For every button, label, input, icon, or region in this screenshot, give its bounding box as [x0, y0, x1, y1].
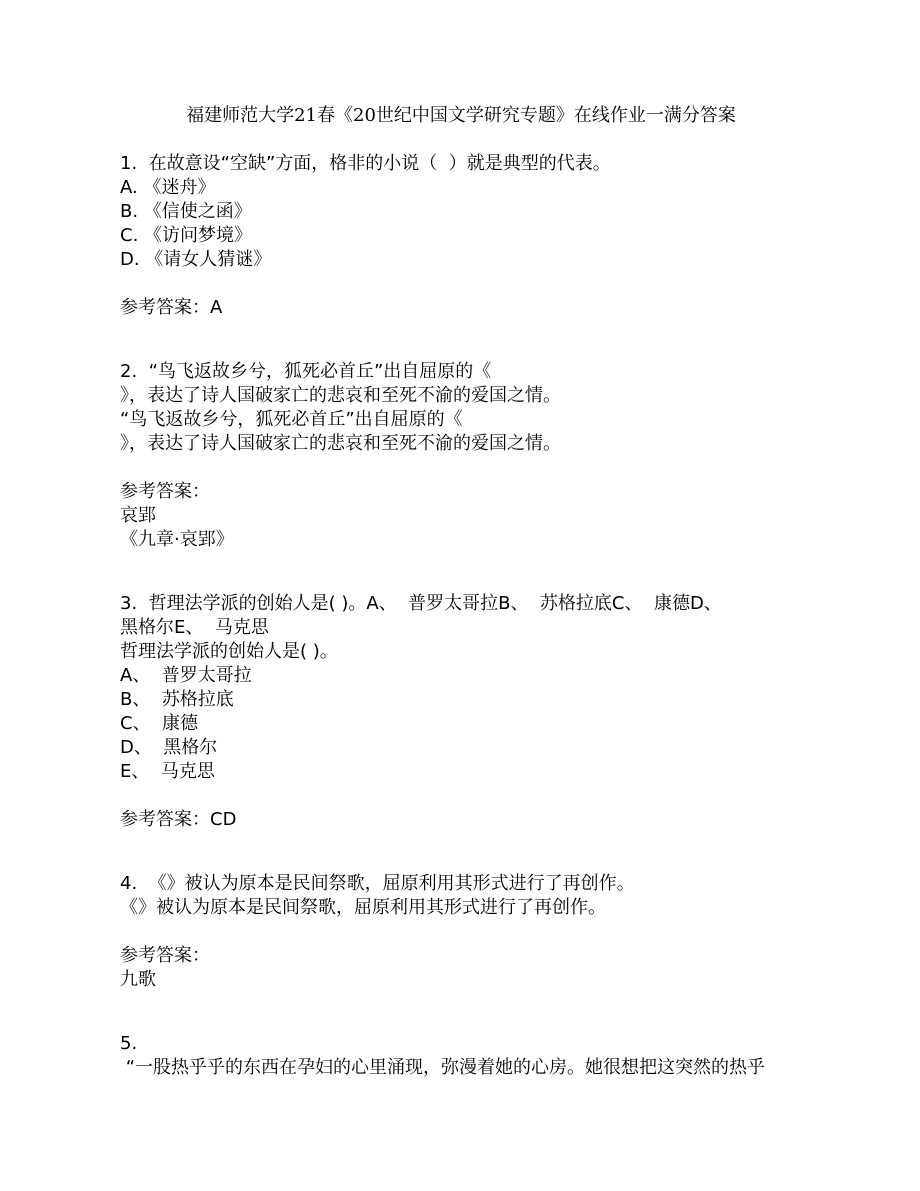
question-2-answer-label: 参考答案：: [120, 480, 802, 504]
question-1-option-a: A. 《迷舟》: [120, 176, 802, 200]
question-3-option-d: D、 黑格尔: [120, 736, 802, 760]
question-2-answer-value-1: 哀郢: [120, 504, 802, 528]
question-2: 2. “鸟飞返故乡兮，狐死必首丘”出自屈原的《 》，表达了诗人国破家亡的悲哀和至…: [120, 360, 802, 552]
question-4-text-line-2: 《》被认为原本是民间祭歌，屈原利用其形式进行了再创作。: [120, 896, 802, 920]
question-3-option-b: B、 苏格拉底: [120, 688, 802, 712]
question-1: 1. 在故意设“空缺”方面，格非的小说（ ）就是典型的代表。 A. 《迷舟》 B…: [120, 152, 802, 320]
question-3-answer-block: 参考答案：CD: [120, 808, 802, 832]
question-4-text-line-1: 4. 《》被认为原本是民间祭歌，屈原利用其形式进行了再创作。: [120, 872, 802, 896]
question-1-option-d: D. 《请女人猜谜》: [120, 248, 802, 272]
document-page: 福建师范大学21春《20世纪中国文学研究专题》在线作业一满分答案 1. 在故意设…: [0, 0, 920, 1191]
question-2-text-line-3: “鸟飞返故乡兮，狐死必首丘”出自屈原的《: [120, 408, 802, 432]
question-3-text-line-3: 哲理法学派的创始人是( )。: [120, 640, 802, 664]
question-1-text: 1. 在故意设“空缺”方面，格非的小说（ ）就是典型的代表。: [120, 152, 802, 176]
question-3-answer: 参考答案：CD: [120, 808, 802, 832]
question-5-number: 5.: [120, 1032, 802, 1056]
question-2-text-line-1: 2. “鸟飞返故乡兮，狐死必首丘”出自屈原的《: [120, 360, 802, 384]
question-3-option-c: C、 康德: [120, 712, 802, 736]
question-3: 3. 哲理法学派的创始人是( )。A、 普罗太哥拉B、 苏格拉底C、 康德D、 …: [120, 592, 802, 832]
question-2-answer-block: 参考答案： 哀郢 《九章·哀郢》: [120, 480, 802, 552]
question-2-text-line-2: 》，表达了诗人国破家亡的悲哀和至死不渝的爱国之情。: [120, 384, 802, 408]
question-4-answer-value: 九歌: [120, 968, 802, 992]
question-5: 5. “一股热乎乎的东西在孕妇的心里涌现，弥漫着她的心房。她很想把这突然的热乎: [120, 1032, 802, 1080]
question-3-text-line-1: 3. 哲理法学派的创始人是( )。A、 普罗太哥拉B、 苏格拉底C、 康德D、: [120, 592, 802, 616]
question-1-option-b: B. 《信使之函》: [120, 200, 802, 224]
question-5-text-line-1: “一股热乎乎的东西在孕妇的心里涌现，弥漫着她的心房。她很想把这突然的热乎: [120, 1056, 802, 1080]
question-1-answer-block: 参考答案：A: [120, 296, 802, 320]
question-3-option-a: A、 普罗太哥拉: [120, 664, 802, 688]
question-3-text-line-2: 黑格尔E、 马克思: [120, 616, 802, 640]
question-2-answer-value-2: 《九章·哀郢》: [120, 528, 802, 552]
question-1-option-c: C. 《访问梦境》: [120, 224, 802, 248]
question-4-answer-label: 参考答案：: [120, 944, 802, 968]
question-2-text-line-4: 》，表达了诗人国破家亡的悲哀和至死不渝的爱国之情。: [120, 432, 802, 456]
question-1-answer: 参考答案：A: [120, 296, 802, 320]
question-4: 4. 《》被认为原本是民间祭歌，屈原利用其形式进行了再创作。 《》被认为原本是民…: [120, 872, 802, 992]
document-title: 福建师范大学21春《20世纪中国文学研究专题》在线作业一满分答案: [120, 104, 802, 128]
question-4-answer-block: 参考答案： 九歌: [120, 944, 802, 992]
question-3-option-e: E、 马克思: [120, 760, 802, 784]
